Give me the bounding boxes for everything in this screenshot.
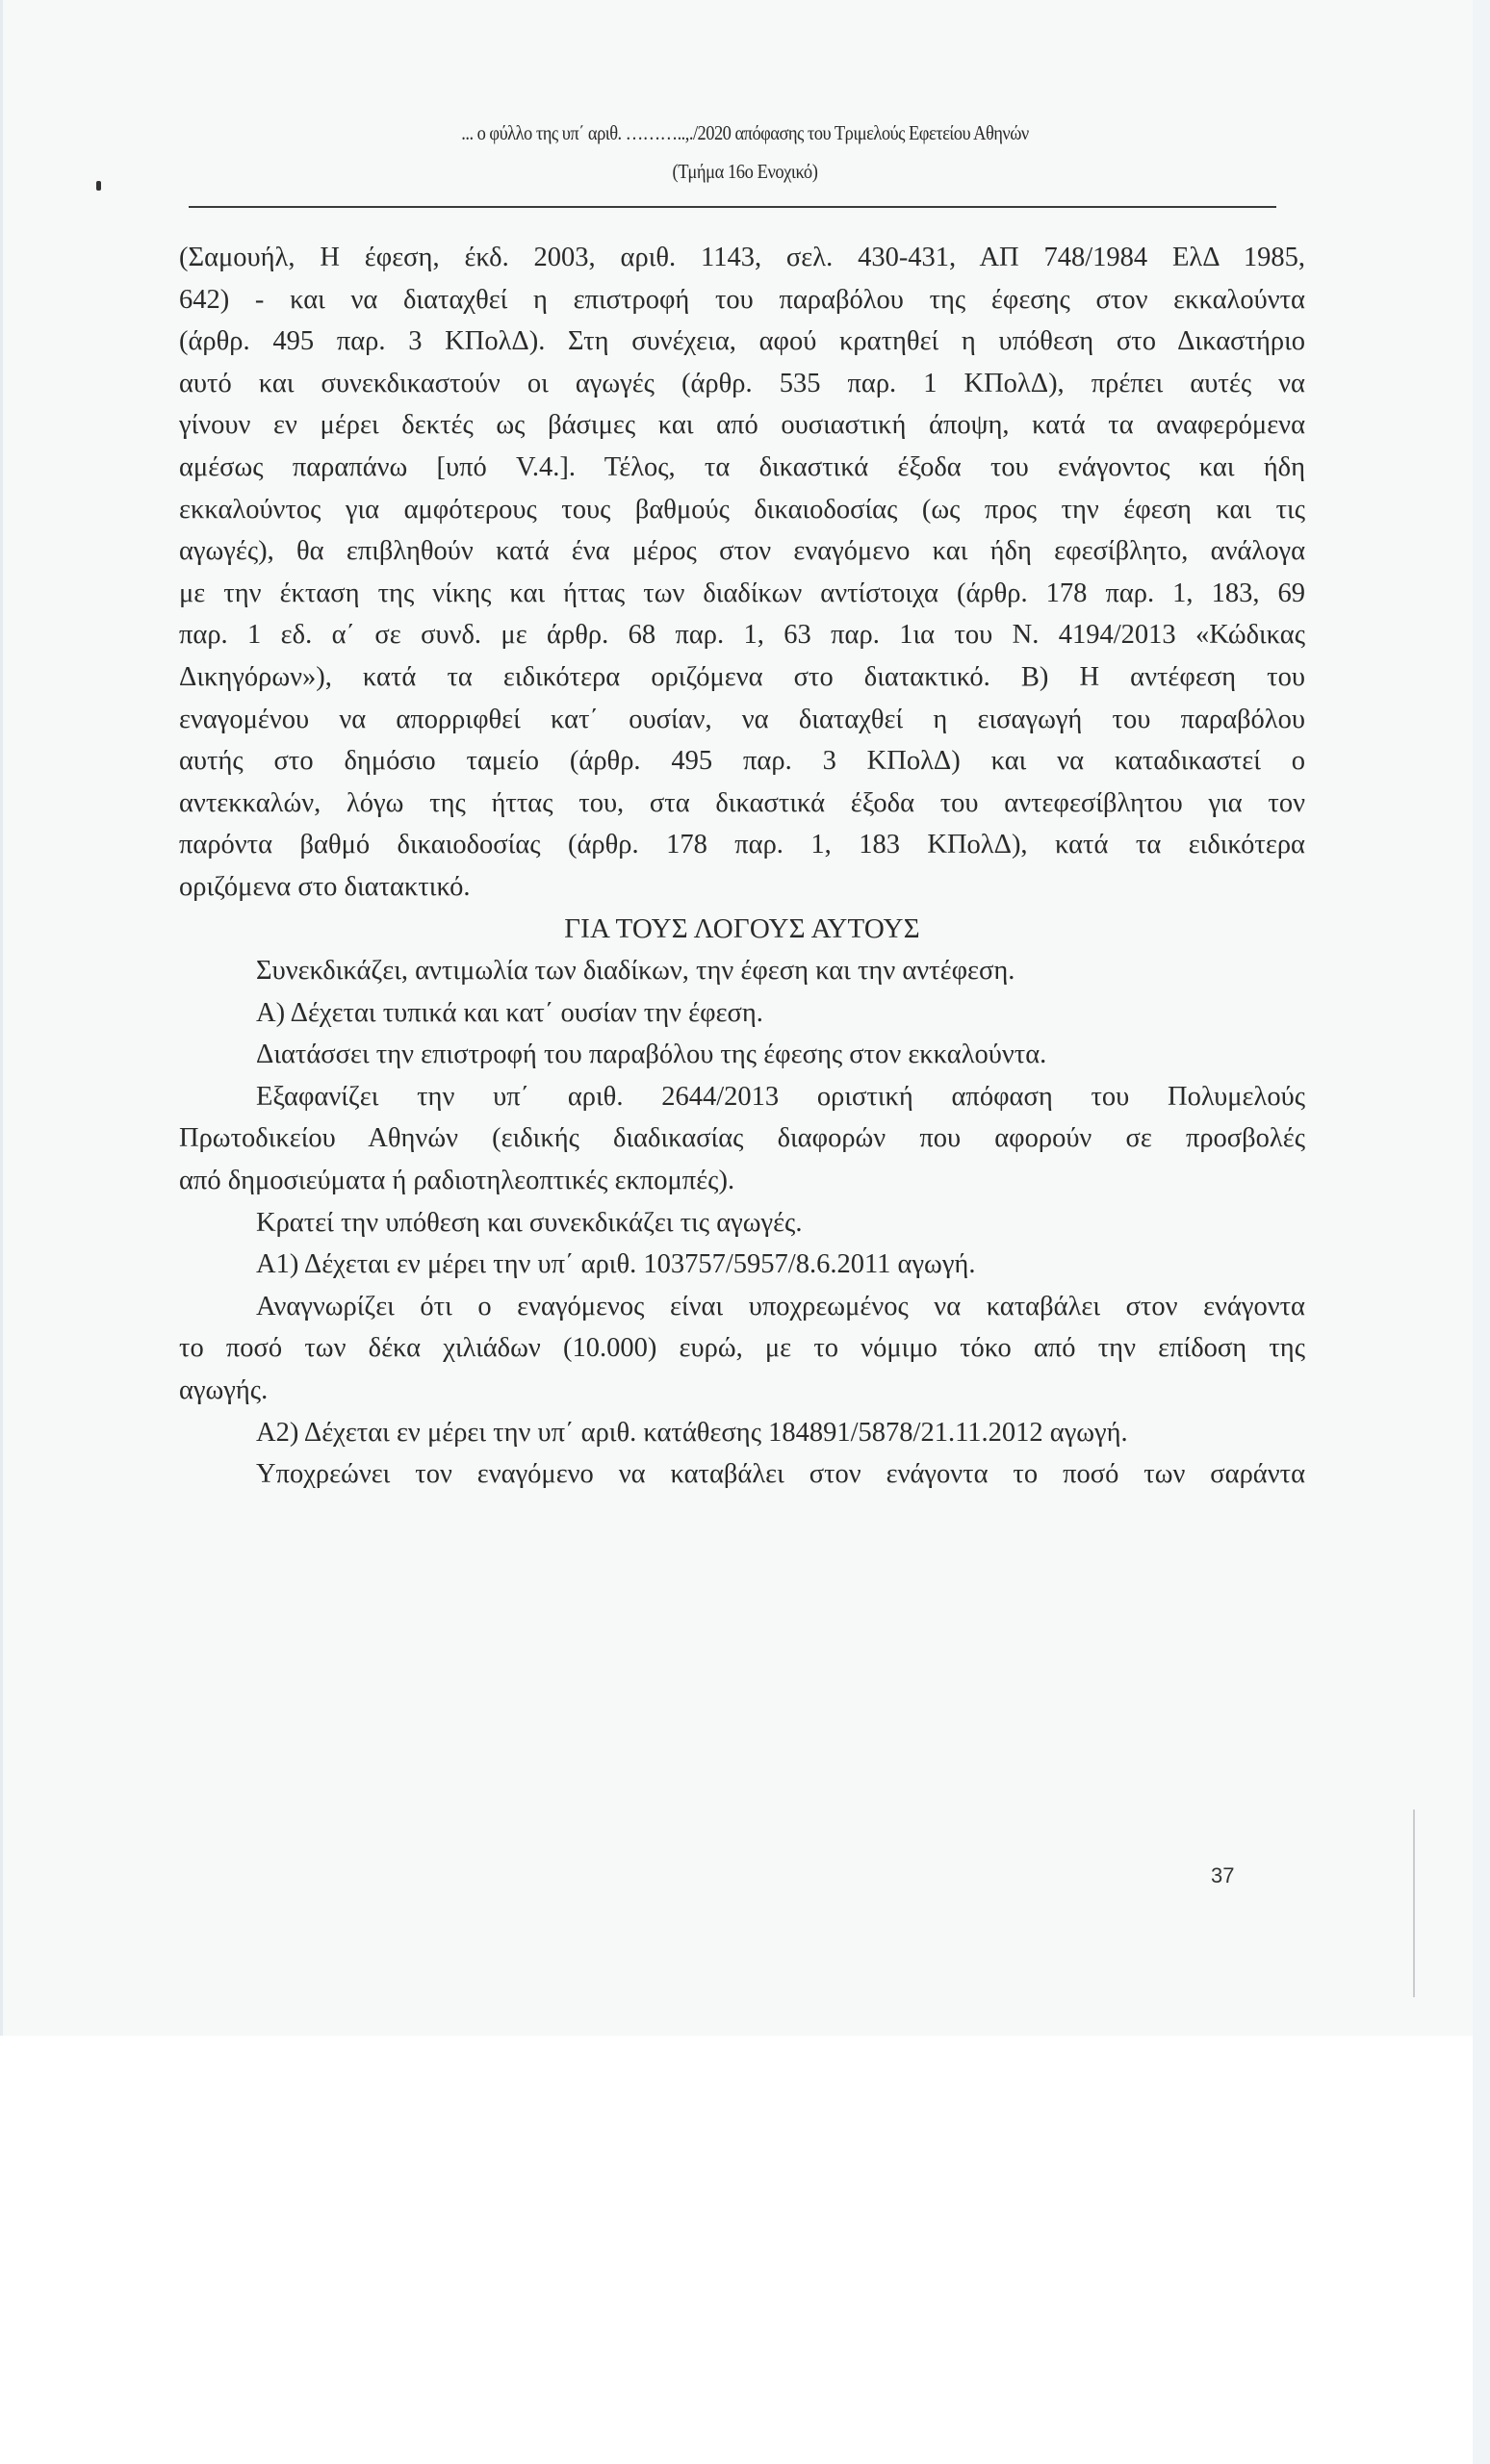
body-line: γίνουν εν μέρει δεκτές ως βάσιμες και απ… — [179, 404, 1305, 447]
ruling-line: Υποχρεώνει τον εναγόμενο να καταβάλει στ… — [179, 1453, 1305, 1496]
ruling-line: Διατάσσει την επιστροφή του παραβόλου τη… — [179, 1034, 1305, 1076]
body-line: 642) - και να διαταχθεί η επιστροφή του … — [179, 279, 1305, 321]
ruling-line: Α) Δέχεται τυπικά και κατ΄ ουσίαν την έφ… — [179, 992, 1305, 1035]
header-divider — [189, 206, 1276, 208]
running-header-section: (Τμήμα 16ο Ενοχικό) — [90, 160, 1400, 184]
page-number: 37 — [1211, 1863, 1234, 1888]
body-line: Δικηγόρων»), κατά τα ειδικότερα οριζόμεν… — [179, 656, 1305, 699]
body-line: αμέσως παραπάνω [υπό V.4.]. Τέλος, τα δι… — [179, 447, 1305, 489]
body-line: αντεκκαλών, λόγω της ήττας του, στα δικα… — [179, 783, 1305, 825]
body-line: οριζόμενα στο διατακτικό. — [179, 866, 1305, 909]
body-line: (Σαμουήλ, Η έφεση, έκδ. 2003, αριθ. 1143… — [179, 237, 1305, 279]
ruling-line: από δημοσιεύματα ή ραδιοτηλεοπτικές εκπο… — [179, 1160, 1305, 1202]
body-line: εναγομένου να απορριφθεί κατ΄ ουσίαν, να… — [179, 699, 1305, 741]
body-line: εκκαλούντος για αμφότερους τους βαθμούς … — [179, 489, 1305, 531]
ruling-line: Κρατεί την υπόθεση και συνεκδικάζει τις … — [179, 1202, 1305, 1245]
scan-margin-mark — [1413, 1809, 1415, 1997]
body-line: αυτό και συνεκδικαστούν οι αγωγές (άρθρ.… — [179, 363, 1305, 405]
ruling-line: Πρωτοδικείου Αθηνών (ειδικής διαδικασίας… — [179, 1117, 1305, 1160]
ruling-line: Συνεκδικάζει, αντιμωλία των διαδίκων, τη… — [179, 950, 1305, 992]
ruling-line: Εξαφανίζει την υπ΄ αριθ. 2644/2013 οριστ… — [179, 1076, 1305, 1118]
body-line: (άρθρ. 495 παρ. 3 ΚΠολΔ). Στη συνέχεια, … — [179, 321, 1305, 363]
document-body: (Σαμουήλ, Η έφεση, έκδ. 2003, αριθ. 1143… — [179, 237, 1305, 1496]
ruling-line: Α2) Δέχεται εν μέρει την υπ΄ αριθ. κατάθ… — [179, 1412, 1305, 1454]
ruling-line: Αναγνωρίζει ότι ο εναγόμενος είναι υποχρ… — [179, 1286, 1305, 1328]
body-line: αυτής στο δημόσιο ταμείο (άρθρ. 495 παρ.… — [179, 740, 1305, 783]
ruling-line: το ποσό των δέκα χιλιάδων (10.000) ευρώ,… — [179, 1327, 1305, 1370]
running-header: ... ο φύλλο της υπ΄ αριθ. ………..,./2020 α… — [90, 121, 1400, 145]
ruling-line: Α1) Δέχεται εν μέρει την υπ΄ αριθ. 10375… — [179, 1244, 1305, 1286]
body-line: με την έκταση της νίκης και ήττας των δι… — [179, 573, 1305, 615]
body-line: παρόντα βαθμό δικαιοδοσίας (άρθρ. 178 πα… — [179, 824, 1305, 866]
section-heading: ΓΙΑ ΤΟΥΣ ΛΟΓΟΥΣ ΑΥΤΟΥΣ — [179, 909, 1305, 951]
scan-edge — [1473, 0, 1490, 2464]
body-line: αγωγές), θα επιβληθούν κατά ένα μέρος στ… — [179, 530, 1305, 573]
body-line: παρ. 1 εδ. α΄ σε συνδ. με άρθρ. 68 παρ. … — [179, 614, 1305, 656]
ruling-line: αγωγής. — [179, 1370, 1305, 1412]
